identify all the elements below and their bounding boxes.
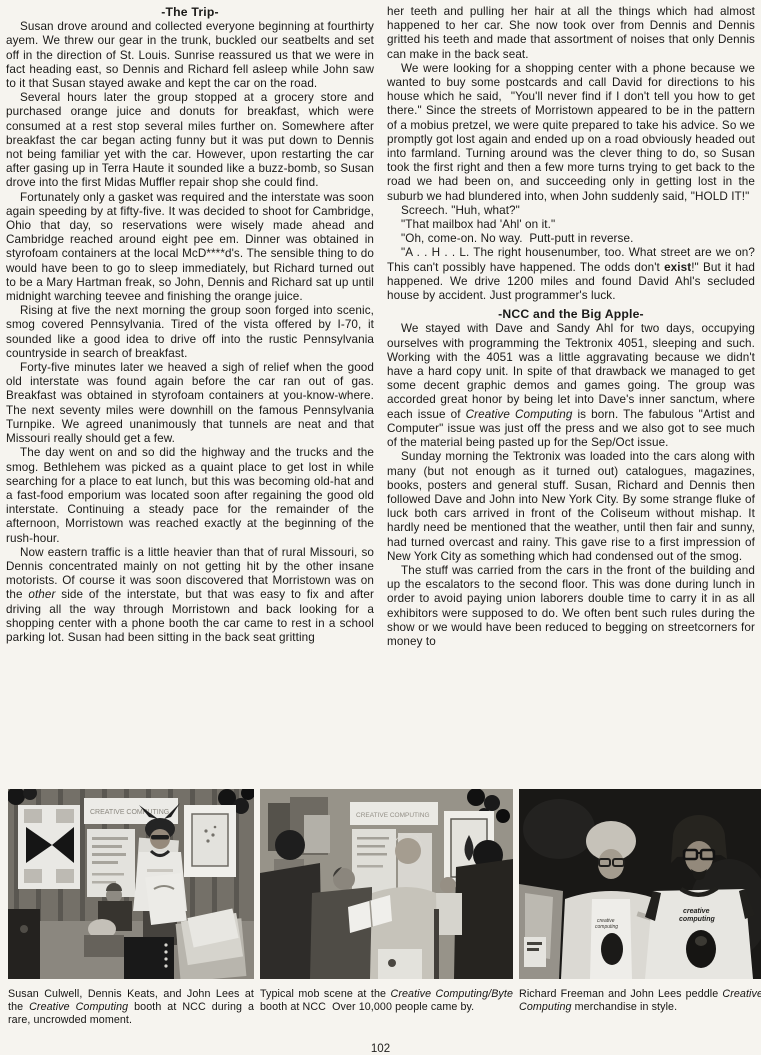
paragraph: her teeth and pulling her hair at all th… — [387, 5, 755, 62]
magazine-page: -The Trip- Susan drove around and collec… — [0, 0, 761, 1055]
photo-caption-3: Richard Freeman and John Lees peddle Cre… — [519, 988, 761, 1028]
paragraph: "A . . H . . L. The right housenumber, t… — [387, 246, 755, 303]
poster-stack — [519, 884, 563, 979]
paragraph: Sunday morning the Tektronix was loaded … — [387, 450, 755, 564]
paragraph: Rising at five the next morning the grou… — [6, 304, 374, 361]
photo-tshirt-scene: creative computing creative — [519, 789, 761, 979]
booth-sign-text: CREATIVE COMPUTING — [90, 809, 169, 816]
paragraph: Fortunately only a gasket was required a… — [6, 191, 374, 305]
photo-caption-1: Susan Culwell, Dennis Keats, and John Le… — [8, 988, 254, 1028]
paragraph: We stayed with Dave and Sandy Ahl for tw… — [387, 322, 755, 450]
left-column-text: Susan drove around and collected everyon… — [6, 20, 374, 645]
shirt-text: computing — [679, 916, 715, 923]
photo-crowd-illustration: CREATIVE COMPUTING — [260, 789, 513, 979]
paragraph: Several hours later the group stopped at… — [6, 91, 374, 190]
paragraph: Susan drove around and collected everyon… — [6, 20, 374, 91]
photo-tshirt-illustration: creative computing creative — [519, 789, 761, 979]
photo-booth-scene: CREATIVE COMPUTING — [8, 789, 254, 979]
paragraph: Forty-five minutes later we heaved a sig… — [6, 361, 374, 446]
paragraph: Now eastern traffic is a little heavier … — [6, 546, 374, 645]
paragraph: Richard Freeman and John Lees peddle Cre… — [519, 988, 761, 1014]
right-column: her teeth and pulling her hair at all th… — [387, 5, 755, 784]
photo-row: CREATIVE COMPUTING — [6, 789, 755, 979]
framed-poster — [184, 805, 236, 877]
photo-caption-2: Typical mob scene at the Creative Comput… — [260, 988, 513, 1028]
article-columns: -The Trip- Susan drove around and collec… — [6, 5, 755, 784]
paragraph: Screech. "Huh, what?" — [387, 204, 755, 218]
booth-sign: CREATIVE COMPUTING — [350, 802, 438, 825]
paragraph: "Oh, come-on. No way. Putt-putt in rever… — [387, 232, 755, 246]
geometric-poster — [18, 805, 80, 889]
shirt-text: computing — [595, 924, 618, 930]
right-column-text: We stayed with Dave and Sandy Ahl for tw… — [387, 322, 755, 649]
paragraph: Typical mob scene at the Creative Comput… — [260, 988, 513, 1014]
photo-crowd-scene: CREATIVE COMPUTING — [260, 789, 513, 979]
right-column-continuation: her teeth and pulling her hair at all th… — [387, 5, 755, 303]
paragraph: The stuff was carried from the cars in t… — [387, 564, 755, 649]
paragraph: "That mailbox had 'Ahl' on it." — [387, 218, 755, 232]
booth-sign-text: CREATIVE COMPUTING — [356, 812, 430, 819]
shirt-text: creative — [683, 908, 710, 915]
paragraph: Susan Culwell, Dennis Keats, and John Le… — [8, 988, 254, 1028]
paragraph: We were looking for a shopping center wi… — [387, 62, 755, 204]
photo-booth-illustration: CREATIVE COMPUTING — [8, 789, 254, 979]
section-heading-the-trip: -The Trip- — [6, 5, 374, 19]
left-column: -The Trip- Susan drove around and collec… — [6, 5, 374, 784]
white-box — [378, 949, 422, 979]
paragraph: The day went on and so did the highway a… — [6, 446, 374, 545]
caption-row: Susan Culwell, Dennis Keats, and John Le… — [6, 988, 755, 1028]
section-heading-ncc: -NCC and the Big Apple- — [387, 307, 755, 321]
page-number: 102 — [6, 1043, 755, 1055]
